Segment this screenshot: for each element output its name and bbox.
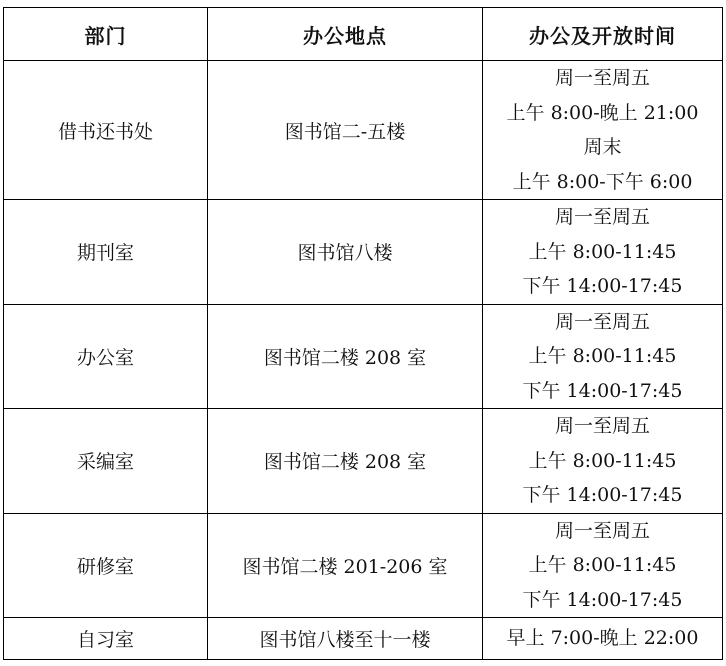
hours-line: 下午 14:00-17:45 [483, 478, 722, 513]
location-cell: 图书馆二楼 201-206 室 [208, 513, 483, 618]
hours-line: 上午 8:00-下午 6:00 [483, 165, 722, 200]
hours-line: 上午 8:00-11:45 [483, 444, 722, 479]
header-hours: 办公及开放时间 [483, 8, 723, 61]
table-row: 借书还书处 图书馆二-五楼 周一至周五 上午 8:00-晚上 21:00 周末 … [4, 61, 723, 200]
department-cell: 办公室 [4, 304, 208, 409]
hours-line: 周末 [483, 130, 722, 165]
location-cell: 图书馆二-五楼 [208, 61, 483, 200]
hours-line: 下午 14:00-17:45 [483, 583, 722, 618]
hours-line: 上午 8:00-11:45 [483, 339, 722, 374]
hours-cell: 周一至周五 上午 8:00-11:45 下午 14:00-17:45 [483, 513, 723, 618]
hours-line: 上午 8:00-11:45 [483, 548, 722, 583]
hours-line: 上午 8:00-11:45 [483, 235, 722, 270]
hours-line: 早上 7:00-晚上 22:00 [483, 621, 722, 656]
header-location: 办公地点 [208, 8, 483, 61]
table-row: 采编室 图书馆二楼 208 室 周一至周五 上午 8:00-11:45 下午 1… [4, 409, 723, 514]
department-cell: 自习室 [4, 618, 208, 660]
hours-line: 周一至周五 [483, 409, 722, 444]
location-cell: 图书馆八楼 [208, 200, 483, 305]
header-department: 部门 [4, 8, 208, 61]
hours-line: 下午 14:00-17:45 [483, 269, 722, 304]
location-cell: 图书馆二楼 208 室 [208, 304, 483, 409]
library-hours-table: 部门 办公地点 办公及开放时间 借书还书处 图书馆二-五楼 周一至周五 上午 8… [3, 7, 723, 660]
department-cell: 研修室 [4, 513, 208, 618]
table-row: 自习室 图书馆八楼至十一楼 早上 7:00-晚上 22:00 [4, 618, 723, 660]
hours-line: 周一至周五 [483, 305, 722, 340]
table-row: 期刊室 图书馆八楼 周一至周五 上午 8:00-11:45 下午 14:00-1… [4, 200, 723, 305]
location-cell: 图书馆八楼至十一楼 [208, 618, 483, 660]
location-cell: 图书馆二楼 208 室 [208, 409, 483, 514]
hours-line: 上午 8:00-晚上 21:00 [483, 96, 722, 131]
header-row: 部门 办公地点 办公及开放时间 [4, 8, 723, 61]
department-cell: 借书还书处 [4, 61, 208, 200]
hours-cell: 周一至周五 上午 8:00-11:45 下午 14:00-17:45 [483, 200, 723, 305]
table-row: 研修室 图书馆二楼 201-206 室 周一至周五 上午 8:00-11:45 … [4, 513, 723, 618]
hours-line: 下午 14:00-17:45 [483, 374, 722, 409]
hours-line: 周一至周五 [483, 61, 722, 96]
hours-line: 周一至周五 [483, 200, 722, 235]
hours-cell: 周一至周五 上午 8:00-晚上 21:00 周末 上午 8:00-下午 6:0… [483, 61, 723, 200]
department-cell: 采编室 [4, 409, 208, 514]
table-row: 办公室 图书馆二楼 208 室 周一至周五 上午 8:00-11:45 下午 1… [4, 304, 723, 409]
department-cell: 期刊室 [4, 200, 208, 305]
hours-cell: 早上 7:00-晚上 22:00 [483, 618, 723, 660]
hours-line: 周一至周五 [483, 514, 722, 549]
hours-cell: 周一至周五 上午 8:00-11:45 下午 14:00-17:45 [483, 304, 723, 409]
hours-cell: 周一至周五 上午 8:00-11:45 下午 14:00-17:45 [483, 409, 723, 514]
